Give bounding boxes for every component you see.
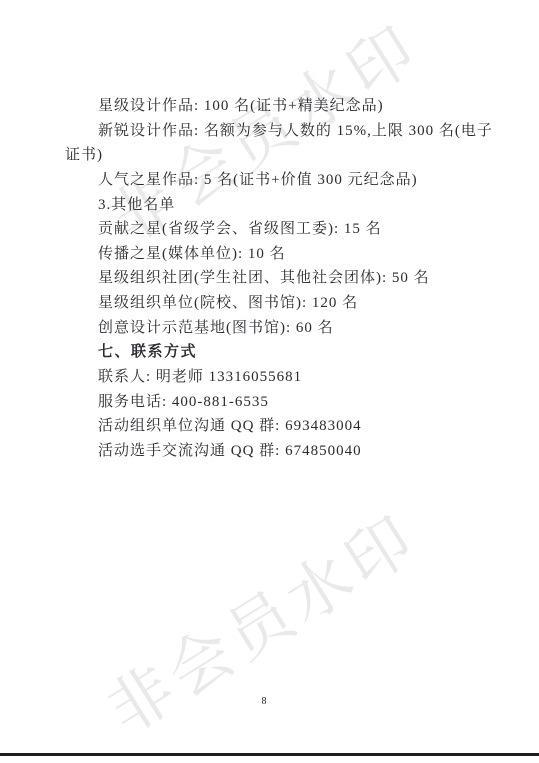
section-heading: 七、联系方式 — [65, 340, 525, 365]
document-line: 星级设计作品: 100 名(证书+精美纪念品) — [65, 94, 525, 119]
document-line: 活动选手交流沟通 QQ 群: 674850040 — [65, 439, 525, 464]
document-line: 星级组织社团(学生社团、其他社会团体): 50 名 — [65, 266, 525, 291]
document-line: 创意设计示范基地(图书馆): 60 名 — [65, 316, 525, 341]
document-page: 非会员水印 非会员水印 星级设计作品: 100 名(证书+精美纪念品)新锐设计作… — [0, 0, 539, 763]
document-line: 新锐设计作品: 名额为参与人数的 15%,上限 300 名(电子 — [65, 119, 525, 144]
page-bottom-edge — [0, 753, 539, 756]
document-line: 星级组织单位(院校、图书馆): 120 名 — [65, 291, 525, 316]
document-content: 星级设计作品: 100 名(证书+精美纪念品)新锐设计作品: 名额为参与人数的 … — [65, 94, 525, 464]
document-line: 3.其他名单 — [65, 193, 525, 218]
document-line: 证书) — [65, 143, 525, 168]
watermark-bottom: 非会员水印 — [98, 505, 429, 745]
page-number: 8 — [0, 696, 528, 708]
document-line: 贡献之星(省级学会、省级图工委): 15 名 — [65, 217, 525, 242]
document-line: 人气之星作品: 5 名(证书+价值 300 元纪念品) — [65, 168, 525, 193]
document-line: 服务电话: 400-881-6535 — [65, 390, 525, 415]
document-line: 传播之星(媒体单位): 10 名 — [65, 242, 525, 267]
document-line: 活动组织单位沟通 QQ 群: 693483004 — [65, 414, 525, 439]
document-line: 联系人: 明老师 13316055681 — [65, 365, 525, 390]
